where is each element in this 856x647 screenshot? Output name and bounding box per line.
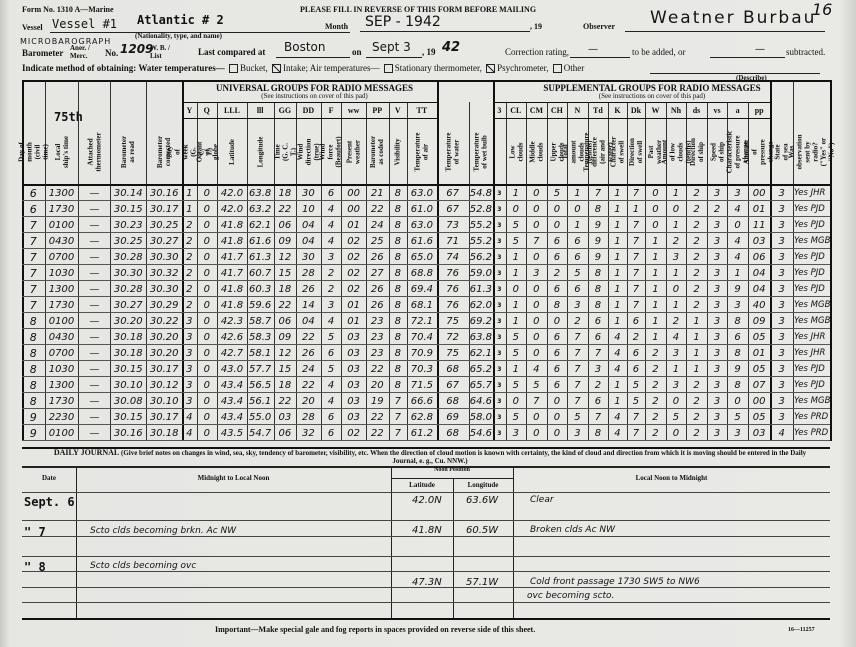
observer-label: Observer [583, 22, 615, 31]
table-cell: Yes JHR [793, 345, 831, 361]
table-cell: 3 [727, 425, 748, 441]
table-cell: 60.3 [247, 281, 274, 297]
table-cell: — [78, 185, 110, 201]
bucket-checkbox[interactable] [229, 64, 238, 73]
vessel-label: Vessel [22, 23, 43, 32]
table-cell: 12 [274, 249, 297, 265]
table-cell: 1 [608, 201, 626, 217]
table-cell: — [78, 409, 110, 425]
table-cell: 22 [296, 329, 321, 345]
table-cell: 3 [182, 377, 196, 393]
table-cell: Yes PRD [793, 409, 831, 425]
table-cell: 1 [608, 249, 626, 265]
barometer-no-label: No. [105, 48, 118, 58]
table-cell: 72 [437, 329, 469, 345]
column-code: W [645, 102, 666, 118]
table-cell: 1 [645, 249, 666, 265]
table-cell: 0 [526, 217, 547, 233]
table-cell: 2 [567, 313, 588, 329]
table-cell: 8 [588, 281, 609, 297]
table-cell: 01 [341, 297, 366, 313]
table-cell: 1 [506, 361, 527, 377]
table-cell: — [78, 217, 110, 233]
journal-noon-lon: 63.6W [466, 495, 498, 506]
table-cell: 1 [666, 297, 687, 313]
table-cell: 3 [493, 217, 505, 233]
mail-notice: PLEASE FILL IN REVERSE OF THIS FORM BEFO… [300, 5, 536, 14]
table-cell: 1030 [45, 361, 79, 377]
table-cell: 5 [627, 393, 645, 409]
table-cell: 1 [645, 281, 666, 297]
stationary-checkbox[interactable] [384, 64, 393, 73]
journal-pm-note-2: ovc becoming scto. [527, 591, 614, 601]
table-cell: 3 [506, 425, 527, 441]
table-cell: 3 [493, 425, 505, 441]
table-cell: 2230 [45, 409, 79, 425]
column-code: LLL [217, 102, 247, 118]
table-cell: 3 [526, 265, 547, 281]
table-cell: 3 [770, 313, 793, 329]
table-cell: 0 [526, 249, 547, 265]
table-cell: 06 [274, 425, 297, 441]
table-cell: 65.7 [469, 377, 494, 393]
table-cell: 8 [22, 329, 45, 345]
table-cell: 0 [197, 185, 218, 201]
table-cell: 4 [321, 313, 342, 329]
table-cell: 30.32 [146, 265, 182, 281]
table-cell: 0 [526, 297, 547, 313]
table-cell: 22 [366, 425, 389, 441]
table-cell: 71 [437, 233, 469, 249]
table-cell: 42.6 [217, 329, 247, 345]
table-cell: 0 [547, 201, 568, 217]
table-cell: 70.9 [407, 345, 437, 361]
table-cell: 61.0 [407, 201, 437, 217]
journal-header: DAILY JOURNAL (Give brief notes on chang… [45, 449, 815, 465]
column-code: Nh [666, 102, 687, 118]
table-cell: 8 [389, 281, 407, 297]
table-cell: 1 [182, 185, 196, 201]
table-cell: 30 [296, 249, 321, 265]
table-cell: 8 [389, 377, 407, 393]
table-cell: 41.7 [217, 265, 247, 281]
table-cell: 3 [770, 377, 793, 393]
table-cell: 70.3 [407, 361, 437, 377]
table-cell: 6 [588, 313, 609, 329]
table-cell: 76 [437, 265, 469, 281]
vessel-field: Vessel Vessel #1 Atlantic # 2 [22, 17, 332, 33]
column-header: Octant of globe [197, 120, 218, 184]
month-value: SEP - 1942 [365, 14, 441, 30]
vessel-caption: (Nationality, type, and name) [135, 32, 222, 40]
table-cell: 1300 [45, 281, 79, 297]
table-cell: 1 [666, 185, 687, 201]
table-cell: 8 [389, 201, 407, 217]
table-cell: 8 [22, 377, 45, 393]
table-cell: 30.25 [146, 217, 182, 233]
table-cell: 3 [770, 249, 793, 265]
table-cell: 41.8 [217, 297, 247, 313]
table-cell: 3 [666, 377, 687, 393]
table-cell: 30.15 [110, 409, 146, 425]
table-cell: 04 [748, 281, 771, 297]
table-cell: 43.4 [217, 377, 247, 393]
table-cell: 0 [666, 425, 687, 441]
table-cell: Yes PJD [793, 249, 831, 265]
table-cell: 24 [296, 361, 321, 377]
column-header: Attached thermometer [78, 120, 110, 184]
table-cell: 7 [567, 393, 588, 409]
table-cell: 8 [547, 297, 568, 313]
table-cell: 7 [588, 345, 609, 361]
table-cell: 3 [707, 393, 728, 409]
table-cell: 0 [197, 409, 218, 425]
observer-value: Weatner Burbau [650, 8, 816, 28]
table-cell: 02 [341, 249, 366, 265]
table-cell: 15 [274, 265, 297, 281]
table-cell: 3 [182, 345, 196, 361]
table-cell: 02 [341, 233, 366, 249]
table-cell: 30.30 [146, 281, 182, 297]
journal-col-date: Date [22, 474, 76, 482]
table-cell: 1 [608, 185, 626, 201]
table-cell: 7 [389, 425, 407, 441]
column-header: Wind force (Beaufort) [321, 120, 342, 184]
table-cell: 1 [627, 201, 645, 217]
table-cell: Yes PJD [793, 377, 831, 393]
table-cell: 55.0 [247, 409, 274, 425]
column-code: Dk [627, 102, 645, 118]
table-cell: 3 [182, 329, 196, 345]
table-cell: 3 [707, 185, 728, 201]
table-cell: 6 [321, 425, 342, 441]
table-cell: 2 [182, 281, 196, 297]
table-cell: 56.2 [469, 249, 494, 265]
table-cell: 06 [274, 313, 297, 329]
table-cell: 0 [506, 201, 527, 217]
table-cell: 2 [686, 201, 707, 217]
table-cell: 4 [182, 409, 196, 425]
column-code: pp [748, 102, 771, 118]
table-cell: 3 [182, 393, 196, 409]
column-header: Local ship's time [45, 120, 79, 184]
table-cell: 1 [608, 377, 626, 393]
table-cell: 7 [389, 393, 407, 409]
table-cell: 3 [493, 393, 505, 409]
table-cell: 3 [493, 345, 505, 361]
table-cell: 0 [666, 201, 687, 217]
table-cell: 5 [727, 409, 748, 425]
table-cell: 30.17 [146, 361, 182, 377]
table-cell: 8 [389, 249, 407, 265]
table-cell: 7 [567, 361, 588, 377]
table-cell: Yes PJD [793, 201, 831, 217]
method-bucket: Bucket, [240, 63, 268, 73]
table-cell: 18 [274, 185, 297, 201]
table-cell: 0 [645, 201, 666, 217]
journal-pm-note: Broken clds Ac NW [530, 525, 615, 535]
table-cell: 7 [627, 281, 645, 297]
table-cell: 4 [321, 377, 342, 393]
table-cell: 2 [182, 265, 196, 281]
table-cell: 4 [182, 425, 196, 441]
correction-added-value: — [588, 44, 598, 55]
table-cell: 63.2 [247, 201, 274, 217]
table-cell: 60.7 [247, 265, 274, 281]
table-cell: 6 [547, 345, 568, 361]
column-code: 3 [493, 102, 505, 118]
table-cell: 3 [707, 345, 728, 361]
table-cell: 21 [366, 185, 389, 201]
table-cell: 57.7 [247, 361, 274, 377]
table-cell: 0 [197, 313, 218, 329]
table-cell: 5 [506, 233, 527, 249]
table-cell: 72.1 [407, 313, 437, 329]
table-cell: 0 [197, 393, 218, 409]
table-cell: 75 [437, 313, 469, 329]
table-cell: 3 [182, 313, 196, 329]
column-header: Amount of low clouds (tenths) [666, 120, 687, 184]
table-cell: Yes PJD [793, 265, 831, 281]
table-cell: 3 [770, 185, 793, 201]
table-cell: 1 [608, 217, 626, 233]
table-cell: — [78, 393, 110, 409]
table-cell: 41.8 [217, 281, 247, 297]
table-cell: 30.29 [146, 297, 182, 313]
table-cell: 3 [707, 281, 728, 297]
table-cell: 3 [707, 361, 728, 377]
table-cell: 30.18 [110, 345, 146, 361]
table-cell: 3 [770, 297, 793, 313]
table-cell: 2 [686, 185, 707, 201]
table-cell: 2 [686, 233, 707, 249]
table-cell: 26 [296, 281, 321, 297]
table-cell: 58.1 [247, 345, 274, 361]
table-cell: Yes JHR [793, 185, 831, 201]
table-cell: 03 [341, 393, 366, 409]
office-stamp-area [700, 555, 830, 615]
method-other: Other [564, 63, 585, 73]
column-header: Speed of ship [707, 120, 728, 184]
table-cell: 11 [748, 217, 771, 233]
table-cell: 4 [608, 345, 626, 361]
column-code: CM [526, 102, 547, 118]
table-cell: 03 [341, 361, 366, 377]
table-cell: 9 [22, 425, 45, 441]
table-cell: 30.10 [110, 377, 146, 393]
table-cell: 7 [627, 425, 645, 441]
table-cell: 2 [645, 393, 666, 409]
table-cell: 6 [567, 233, 588, 249]
table-cell: 3 [567, 425, 588, 441]
table-cell: 1 [608, 265, 626, 281]
table-cell: 67 [437, 201, 469, 217]
table-cell: 8 [22, 361, 45, 377]
table-cell: 26 [366, 297, 389, 313]
table-cell: Yes PJD [793, 361, 831, 377]
table-cell: 3 [493, 185, 505, 201]
journal-pm-note: Clear [530, 495, 554, 505]
table-cell: 3 [770, 409, 793, 425]
table-cell: 5 [567, 409, 588, 425]
table-cell: 2 [666, 233, 687, 249]
table-cell: 03 [748, 425, 771, 441]
table-cell: 1 [645, 265, 666, 281]
correction-label: Correction rating, [505, 47, 569, 57]
table-cell: 7 [627, 217, 645, 233]
column-header: Temperature of air [407, 120, 437, 184]
table-cell: 6 [321, 185, 342, 201]
table-cell: Yes MGB [793, 233, 831, 249]
table-cell: 4 [321, 233, 342, 249]
other-checkbox[interactable] [553, 64, 562, 73]
table-cell: 7 [22, 217, 45, 233]
table-cell: 7 [22, 281, 45, 297]
table-cell: 7 [389, 409, 407, 425]
table-cell: 2 [686, 249, 707, 265]
table-cell: 7 [588, 185, 609, 201]
table-cell: 03 [341, 345, 366, 361]
table-cell: 26 [366, 249, 389, 265]
correction-sub-value: — [755, 44, 765, 55]
table-cell: Yes MGB [793, 393, 831, 409]
column-code: lll [247, 102, 274, 118]
journal-col-lon: Longitude [453, 481, 513, 489]
table-cell: 0 [547, 217, 568, 233]
table-cell: 0 [197, 217, 218, 233]
table-cell: 4 [666, 329, 687, 345]
table-cell: 8 [588, 425, 609, 441]
table-cell: Yes JHR [793, 329, 831, 345]
table-cell: 30.27 [146, 233, 182, 249]
table-cell: 30.14 [110, 185, 146, 201]
table-cell: 6 [627, 313, 645, 329]
table-cell: 7 [627, 297, 645, 313]
column-header: Direction of swell [627, 120, 645, 184]
table-cell: 0 [547, 409, 568, 425]
column-code: TT [407, 102, 437, 118]
table-cell: 3 [770, 393, 793, 409]
table-cell: 1 [608, 233, 626, 249]
table-cell: 3 [182, 361, 196, 377]
table-cell: 3 [666, 249, 687, 265]
table-cell: 56.1 [247, 393, 274, 409]
column-header: Barometer as read [110, 120, 146, 184]
table-cell: 10 [296, 201, 321, 217]
table-cell: 30.22 [146, 313, 182, 329]
table-cell: 3 [493, 265, 505, 281]
table-cell: 18 [274, 377, 297, 393]
method-intake: Intake; Air temperatures— [283, 63, 379, 73]
journal-date: " 8 [24, 560, 46, 574]
method-stationary: Stationary thermometer, [395, 63, 482, 73]
table-cell: 75 [437, 345, 469, 361]
table-cell: 8 [389, 265, 407, 281]
table-cell: 2 [686, 265, 707, 281]
table-cell: 12 [274, 345, 297, 361]
table-cell: 5 [506, 217, 527, 233]
journal-am-note: Scto clds becoming ovc [90, 561, 196, 571]
last-compared-place: Boston [284, 40, 325, 54]
column-code: N [567, 102, 588, 118]
table-cell: 6 [727, 329, 748, 345]
table-cell: 2 [182, 249, 196, 265]
table-cell: 20 [366, 377, 389, 393]
table-cell: 18 [274, 281, 297, 297]
table-cell: 04 [748, 265, 771, 281]
table-cell: Yes PJD [793, 217, 831, 233]
table-cell: 30.17 [146, 409, 182, 425]
table-cell: 1730 [45, 393, 79, 409]
table-cell: 7 [627, 249, 645, 265]
table-cell: 30.25 [110, 233, 146, 249]
table-cell: 62.1 [469, 345, 494, 361]
table-cell: 69.2 [469, 313, 494, 329]
column-code: GG [274, 102, 297, 118]
table-cell: 5 [321, 361, 342, 377]
table-cell: 0 [197, 425, 218, 441]
table-cell: 5 [627, 377, 645, 393]
table-cell: 74 [437, 249, 469, 265]
table-cell: 61.2 [407, 425, 437, 441]
table-cell: 28 [296, 265, 321, 281]
table-cell: 40 [748, 297, 771, 313]
table-cell: 5 [506, 377, 527, 393]
intake-checkbox[interactable] [272, 64, 281, 73]
table-cell: 1730 [45, 201, 79, 217]
table-cell: 1030 [45, 265, 79, 281]
table-cell: 0 [666, 281, 687, 297]
table-cell: 2 [686, 281, 707, 297]
table-cell: 8 [389, 329, 407, 345]
table-cell: 25 [366, 233, 389, 249]
table-cell: 0 [567, 201, 588, 217]
table-cell: 0 [645, 185, 666, 201]
table-cell: 0 [197, 345, 218, 361]
table-cell: 09 [748, 313, 771, 329]
table-cell: 32 [296, 425, 321, 441]
table-cell: 4 [608, 409, 626, 425]
psychrometer-checkbox[interactable] [486, 64, 495, 73]
table-cell: 3 [707, 233, 728, 249]
table-cell: 62.0 [469, 297, 494, 313]
column-header: Latitude [217, 120, 247, 184]
table-cell: 1 [506, 313, 527, 329]
table-cell: 58.0 [469, 409, 494, 425]
table-cell: 0430 [45, 233, 79, 249]
on-date: Sept 3 [372, 40, 411, 54]
table-cell: 3 [770, 217, 793, 233]
table-cell: 03 [748, 233, 771, 249]
table-cell: 8 [389, 297, 407, 313]
table-cell: 1 [608, 313, 626, 329]
column-code: ds [686, 102, 707, 118]
table-cell: 3 [567, 297, 588, 313]
table-cell: 3 [770, 201, 793, 217]
table-cell: 30.08 [110, 393, 146, 409]
table-cell: 2 [707, 201, 728, 217]
column-header: Time (G. C. T.) [274, 120, 297, 184]
table-cell: 3 [770, 329, 793, 345]
table-cell: 22 [366, 361, 389, 377]
column-header: Direction of ship [686, 120, 707, 184]
table-cell: 00 [341, 201, 366, 217]
table-cell: 1 [727, 265, 748, 281]
table-cell: 8 [22, 313, 45, 329]
table-cell: 5 [506, 345, 527, 361]
table-cell: 4 [608, 425, 626, 441]
column-header: Character of swell [608, 120, 626, 184]
